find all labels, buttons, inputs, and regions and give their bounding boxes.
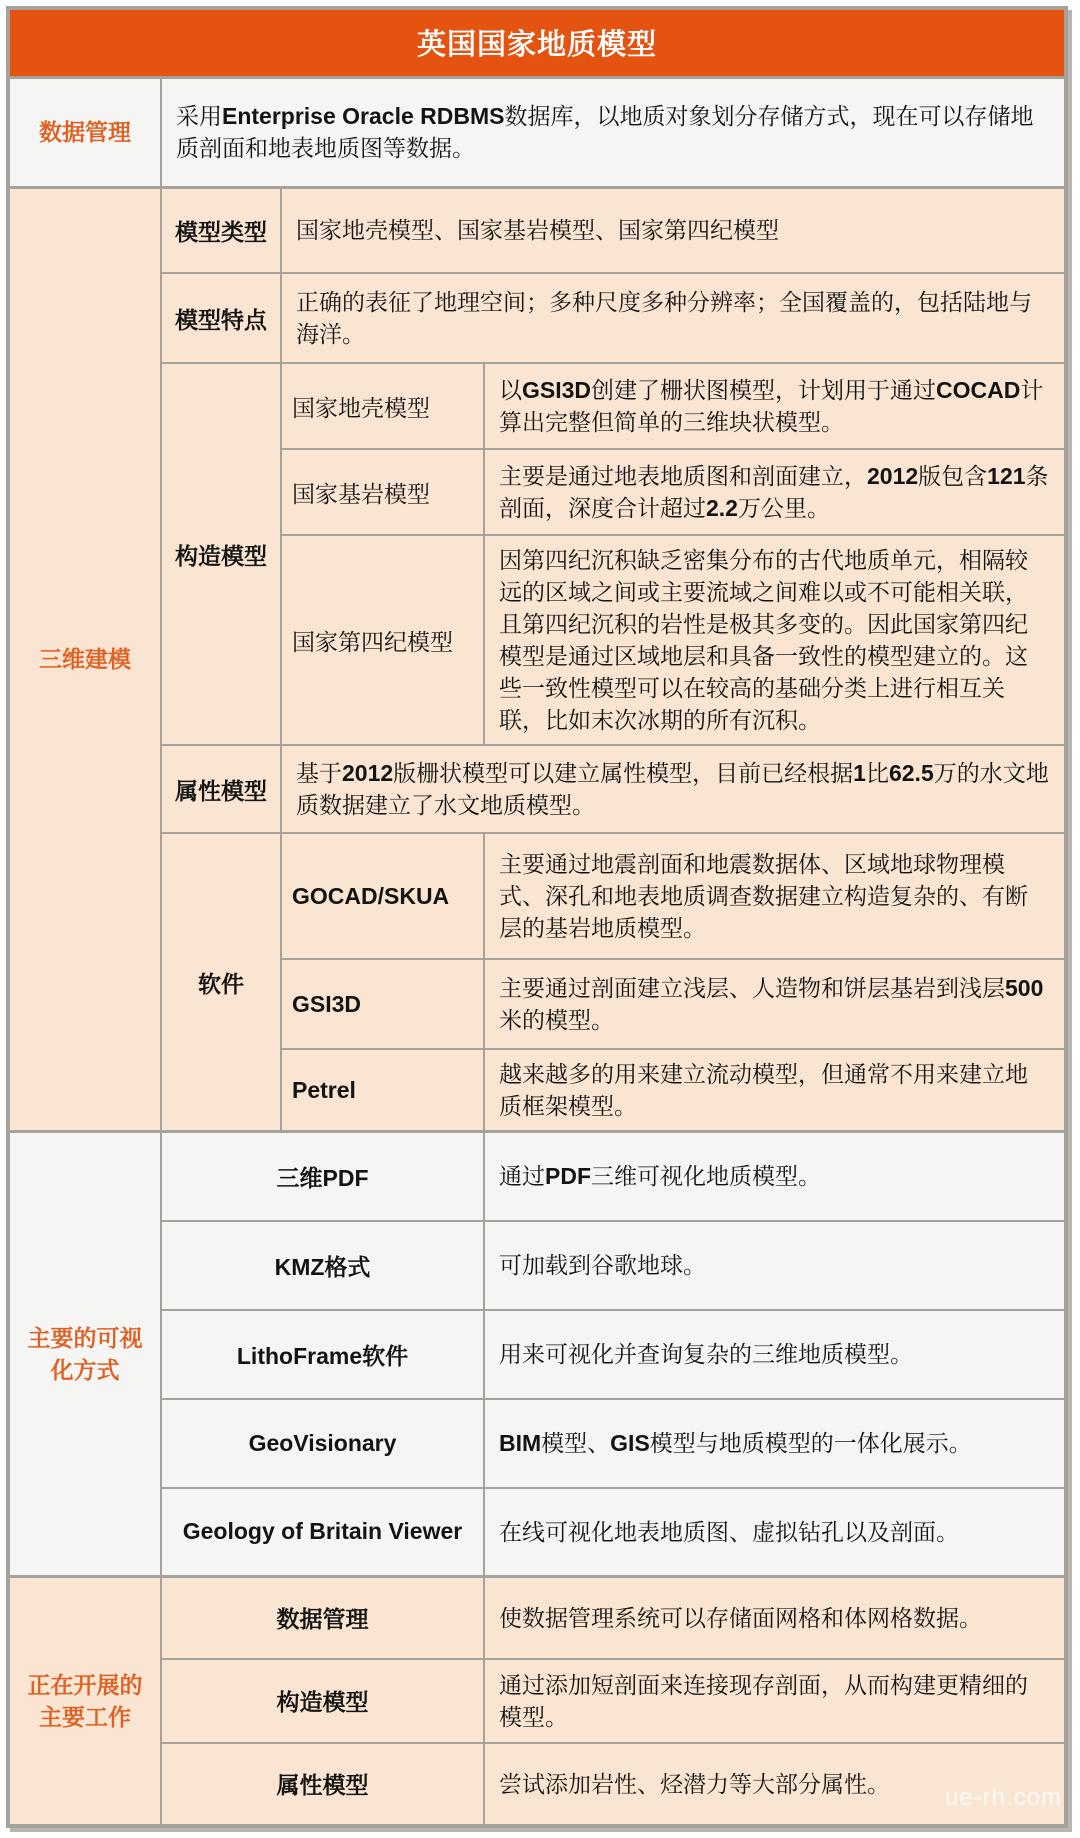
row-ongoing-attribute-model: 属性模型 尝试添加岩性、烃潜力等大部分属性。 bbox=[9, 1743, 1065, 1825]
geology-model-table: 英国国家地质模型 数据管理 采用Enterprise Oracle RDBMS数… bbox=[6, 6, 1068, 1828]
row-national-crust-model: 构造模型 国家地壳模型 以GSI3D创建了栅状图模型，计划用于通过COCAD计算… bbox=[9, 363, 1065, 449]
row-label-structural-model: 构造模型 bbox=[161, 363, 281, 745]
desc-ongoing-structural-model: 通过添加短剖面来连接现存剖面，从而构建更精细的模型。 bbox=[484, 1659, 1065, 1743]
desc-kmz: 可加载到谷歌地球。 bbox=[484, 1221, 1065, 1310]
item-name-ongoing-attribute-model: 属性模型 bbox=[161, 1743, 484, 1825]
desc-ongoing-attribute-model: 尝试添加岩性、烃潜力等大部分属性。 bbox=[484, 1743, 1065, 1825]
desc-gocad-skua: 主要通过地震剖面和地震数据体、区域地球物理模式、深孔和地表地质调查数据建立构造复… bbox=[484, 833, 1065, 959]
row-ongoing-data-management: 正在开展的主要工作 数据管理 使数据管理系统可以存储面网格和体网格数据。 bbox=[9, 1577, 1065, 1659]
section-label-data-management: 数据管理 bbox=[9, 77, 161, 187]
item-name-gocad-skua: GOCAD/SKUA bbox=[281, 833, 484, 959]
page-title: 英国国家地质模型 bbox=[9, 9, 1065, 77]
row-3d-pdf: 主要的可视化方式 三维PDF 通过PDF三维可视化地质模型。 bbox=[9, 1132, 1065, 1221]
row-label-model-type: 模型类型 bbox=[161, 187, 281, 273]
item-name-ongoing-data-management: 数据管理 bbox=[161, 1577, 484, 1659]
item-name-geology-of-britain-viewer: Geology of Britain Viewer bbox=[161, 1488, 484, 1577]
header-row: 英国国家地质模型 bbox=[9, 9, 1065, 77]
row-model-type: 三维建模 模型类型 国家地壳模型、国家基岩模型、国家第四纪模型 bbox=[9, 187, 1065, 273]
item-name-gsi3d: GSI3D bbox=[281, 959, 484, 1049]
row-gocad-skua: 软件 GOCAD/SKUA 主要通过地震剖面和地震数据体、区域地球物理模式、深孔… bbox=[9, 833, 1065, 959]
desc-national-crust-model: 以GSI3D创建了栅状图模型，计划用于通过COCAD计算出完整但简单的三维块状模… bbox=[484, 363, 1065, 449]
item-name-3d-pdf: 三维PDF bbox=[161, 1132, 484, 1221]
desc-model-features: 正确的表征了地理空间；多种尺度多种分辨率；全国覆盖的，包括陆地与海洋。 bbox=[281, 273, 1065, 363]
desc-national-quaternary-model: 因第四纪沉积缺乏密集分布的古代地质单元，相隔较远的区域之间或主要流域之间难以或不… bbox=[484, 535, 1065, 745]
desc-petrel: 越来越多的用来建立流动模型，但通常不用来建立地质框架模型。 bbox=[484, 1049, 1065, 1132]
desc-geology-of-britain-viewer: 在线可视化地表地质图、虚拟钻孔以及剖面。 bbox=[484, 1488, 1065, 1577]
row-model-features: 模型特点 正确的表征了地理空间；多种尺度多种分辨率；全国覆盖的，包括陆地与海洋。 bbox=[9, 273, 1065, 363]
desc-attribute-model: 基于2012版栅状模型可以建立属性模型，目前已经根据1比62.5万的水文地质数据… bbox=[281, 745, 1065, 833]
item-name-national-quaternary-model: 国家第四纪模型 bbox=[281, 535, 484, 745]
section-label-ongoing-work: 正在开展的主要工作 bbox=[9, 1577, 161, 1825]
desc-national-bedrock-model: 主要是通过地表地质图和剖面建立，2012版包含121条剖面，深度合计超过2.2万… bbox=[484, 449, 1065, 535]
item-name-geovisionary: GeoVisionary bbox=[161, 1399, 484, 1488]
item-name-lithoframe: LithoFrame软件 bbox=[161, 1310, 484, 1399]
desc-lithoframe: 用来可视化并查询复杂的三维地质模型。 bbox=[484, 1310, 1065, 1399]
row-label-attribute-model: 属性模型 bbox=[161, 745, 281, 833]
row-geovisionary: GeoVisionary BIM模型、GIS模型与地质模型的一体化展示。 bbox=[9, 1399, 1065, 1488]
desc-model-type: 国家地壳模型、国家基岩模型、国家第四纪模型 bbox=[281, 187, 1065, 273]
item-name-ongoing-structural-model: 构造模型 bbox=[161, 1659, 484, 1743]
row-ongoing-structural-model: 构造模型 通过添加短剖面来连接现存剖面，从而构建更精细的模型。 bbox=[9, 1659, 1065, 1743]
section-label-3d-modeling: 三维建模 bbox=[9, 187, 161, 1132]
uk-national-geology-model-table: 英国国家地质模型 数据管理 采用Enterprise Oracle RDBMS数… bbox=[8, 8, 1066, 1826]
item-name-national-bedrock-model: 国家基岩模型 bbox=[281, 449, 484, 535]
desc-3d-pdf: 通过PDF三维可视化地质模型。 bbox=[484, 1132, 1065, 1221]
item-name-petrel: Petrel bbox=[281, 1049, 484, 1132]
row-lithoframe: LithoFrame软件 用来可视化并查询复杂的三维地质模型。 bbox=[9, 1310, 1065, 1399]
row-label-software: 软件 bbox=[161, 833, 281, 1132]
row-label-model-features: 模型特点 bbox=[161, 273, 281, 363]
row-geology-of-britain-viewer: Geology of Britain Viewer 在线可视化地表地质图、虚拟钻… bbox=[9, 1488, 1065, 1577]
desc-ongoing-data-management: 使数据管理系统可以存储面网格和体网格数据。 bbox=[484, 1577, 1065, 1659]
item-name-kmz: KMZ格式 bbox=[161, 1221, 484, 1310]
desc-geovisionary: BIM模型、GIS模型与地质模型的一体化展示。 bbox=[484, 1399, 1065, 1488]
item-name-national-crust-model: 国家地壳模型 bbox=[281, 363, 484, 449]
section-label-visualization: 主要的可视化方式 bbox=[9, 1132, 161, 1577]
row-attribute-model: 属性模型 基于2012版栅状模型可以建立属性模型，目前已经根据1比62.5万的水… bbox=[9, 745, 1065, 833]
desc-gsi3d: 主要通过剖面建立浅层、人造物和饼层基岩到浅层500米的模型。 bbox=[484, 959, 1065, 1049]
row-data-management: 数据管理 采用Enterprise Oracle RDBMS数据库，以地质对象划… bbox=[9, 77, 1065, 187]
desc-data-management: 采用Enterprise Oracle RDBMS数据库，以地质对象划分存储方式… bbox=[161, 77, 1065, 187]
row-kmz: KMZ格式 可加载到谷歌地球。 bbox=[9, 1221, 1065, 1310]
